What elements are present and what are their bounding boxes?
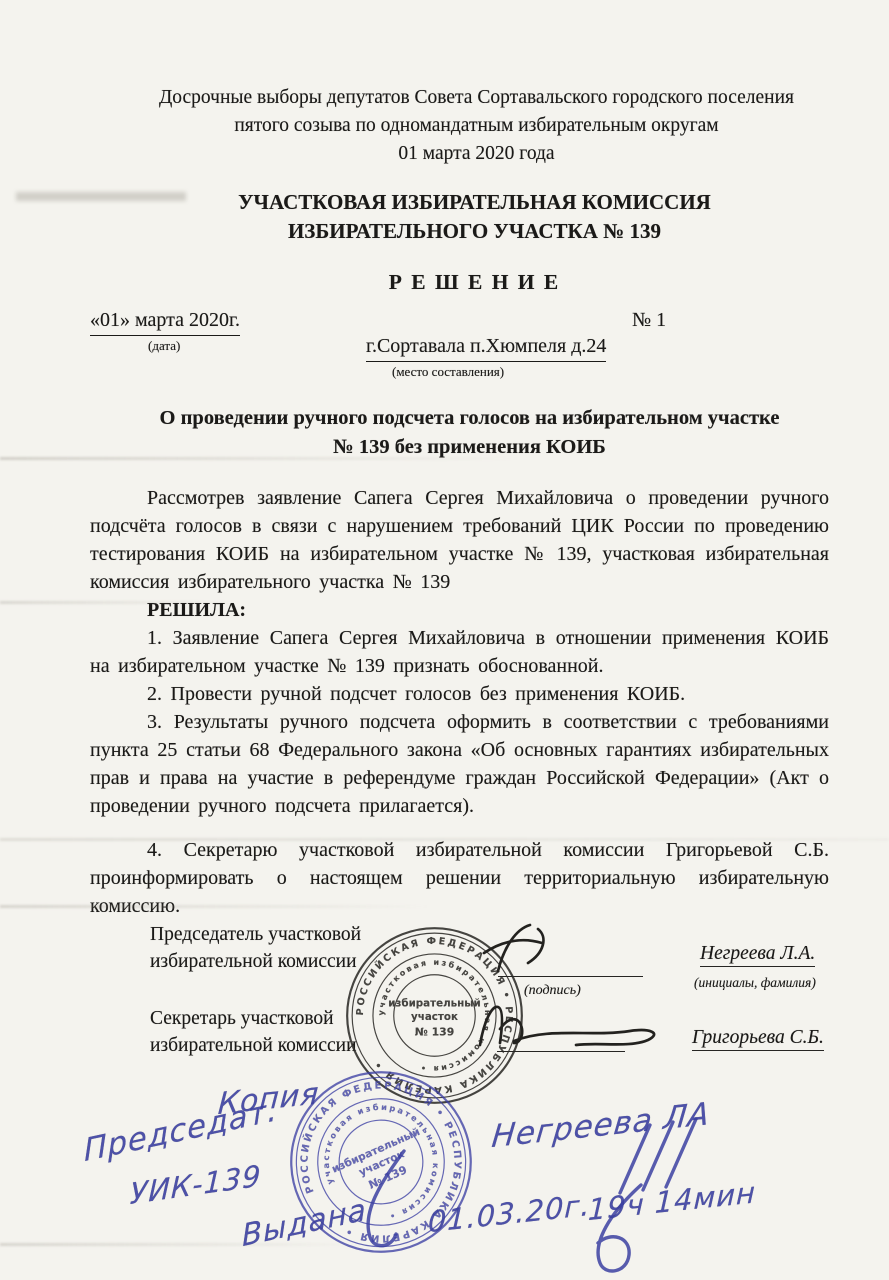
document-body: Досрочные выборы депутатов Совета Сортав… — [0, 0, 889, 920]
date-caption: (дата) — [148, 332, 180, 360]
subject-line1: О проведении ручного подсчета голосов на… — [110, 404, 829, 433]
subject-line2: № 139 без применения КОИБ — [110, 433, 829, 462]
initials-caption: (инициалы, фамилия) — [694, 975, 816, 991]
chairman-signature — [468, 917, 658, 981]
commission-title-line2: ИЗБИРАТЕЛЬНОГО УЧАСТКА № 139 — [120, 217, 829, 246]
stamp-center-line2: участок — [411, 1011, 458, 1023]
election-header-line1: Досрочные выборы депутатов Совета Сортав… — [124, 84, 829, 112]
stamp-center-line2: участок — [357, 1148, 407, 1179]
stamp-center-line3: № 139 — [415, 1025, 455, 1038]
handwritten-note-date: 01.03.20г. — [427, 1188, 591, 1239]
election-header-line2: пятого созыва по одномандатным избирател… — [124, 112, 829, 140]
stamp-center-line3: № 139 — [367, 1163, 410, 1191]
decision-heading: Р Е Ш Е Н И Е — [120, 268, 829, 296]
resolution-text: Рассмотрев заявление Сапега Сергея Михай… — [90, 484, 829, 920]
secretary-signature — [472, 995, 682, 1059]
secretary-name: Григорьева С.Б. — [692, 1027, 824, 1051]
preamble-paragraph: Рассмотрев заявление Сапега Сергея Михай… — [90, 484, 829, 596]
handwritten-note-uik: УИК-139 — [129, 1158, 262, 1211]
decision-meta: «01» марта 2020г. (дата) № 1 г.Сортавала… — [90, 304, 829, 380]
commission-title: УЧАСТКОВАЯ ИЗБИРАТЕЛЬНАЯ КОМИССИЯ ИЗБИРА… — [120, 188, 829, 246]
chairman-role-line2: избирательной комиссии — [150, 948, 361, 975]
stamp-center-line1: избирательный — [388, 997, 481, 1009]
commission-title-line1: УЧАСТКОВАЯ ИЗБИРАТЕЛЬНАЯ КОМИССИЯ — [120, 188, 829, 217]
secretary-role-line2: избирательной комиссии — [150, 1032, 357, 1059]
signature-and-stamp-area: Председатель участковой избирательной ко… — [0, 903, 889, 1280]
blue-ink-flourish — [0, 1051, 889, 1280]
stamp-center-line1: избирательный — [330, 1126, 422, 1176]
doc-number: № 1 — [632, 306, 666, 334]
secretary-signature-line — [497, 1051, 625, 1052]
chairman-signature-line — [498, 976, 643, 977]
election-header: Досрочные выборы депутатов Совета Сортав… — [124, 84, 829, 168]
resolution-item-2: 2. Провести ручной подсчет голосов без п… — [90, 680, 829, 708]
resolution-item-3: 3. Результаты ручного подсчета оформить … — [90, 708, 829, 820]
subject-heading: О проведении ручного подсчета голосов на… — [110, 404, 829, 462]
handwritten-note-predsedat: Председат. — [83, 1092, 278, 1170]
resolution-item-1: 1. Заявление Сапега Сергея Михайловича в… — [90, 624, 829, 680]
chairman-role-label: Председатель участковой избирательной ко… — [150, 921, 361, 975]
handwritten-note-time: 19ч 14мин — [587, 1175, 756, 1227]
resolved-label: РЕШИЛА: — [90, 596, 829, 624]
secretary-role-line1: Секретарь участковой — [150, 1005, 357, 1032]
place-caption: (место составления) — [392, 358, 504, 386]
election-header-line3: 01 марта 2020 года — [124, 140, 829, 168]
handwritten-note-name: Негреева ЛА — [490, 1096, 712, 1156]
chairman-role-line1: Председатель участковой — [150, 921, 361, 948]
handwritten-note-vydana: Выдана — [241, 1192, 367, 1254]
scanned-document-page: Досрочные выборы депутатов Совета Сортав… — [0, 0, 889, 1280]
chairman-name: Негреева Л.А. — [700, 943, 815, 967]
commission-stamp-blue: РОССИЙСКАЯ ФЕДЕРАЦИЯ • РЕСПУБЛИКА КАРЕЛИ… — [258, 1039, 504, 1280]
secretary-role-label: Секретарь участковой избирательной комис… — [150, 1005, 357, 1059]
